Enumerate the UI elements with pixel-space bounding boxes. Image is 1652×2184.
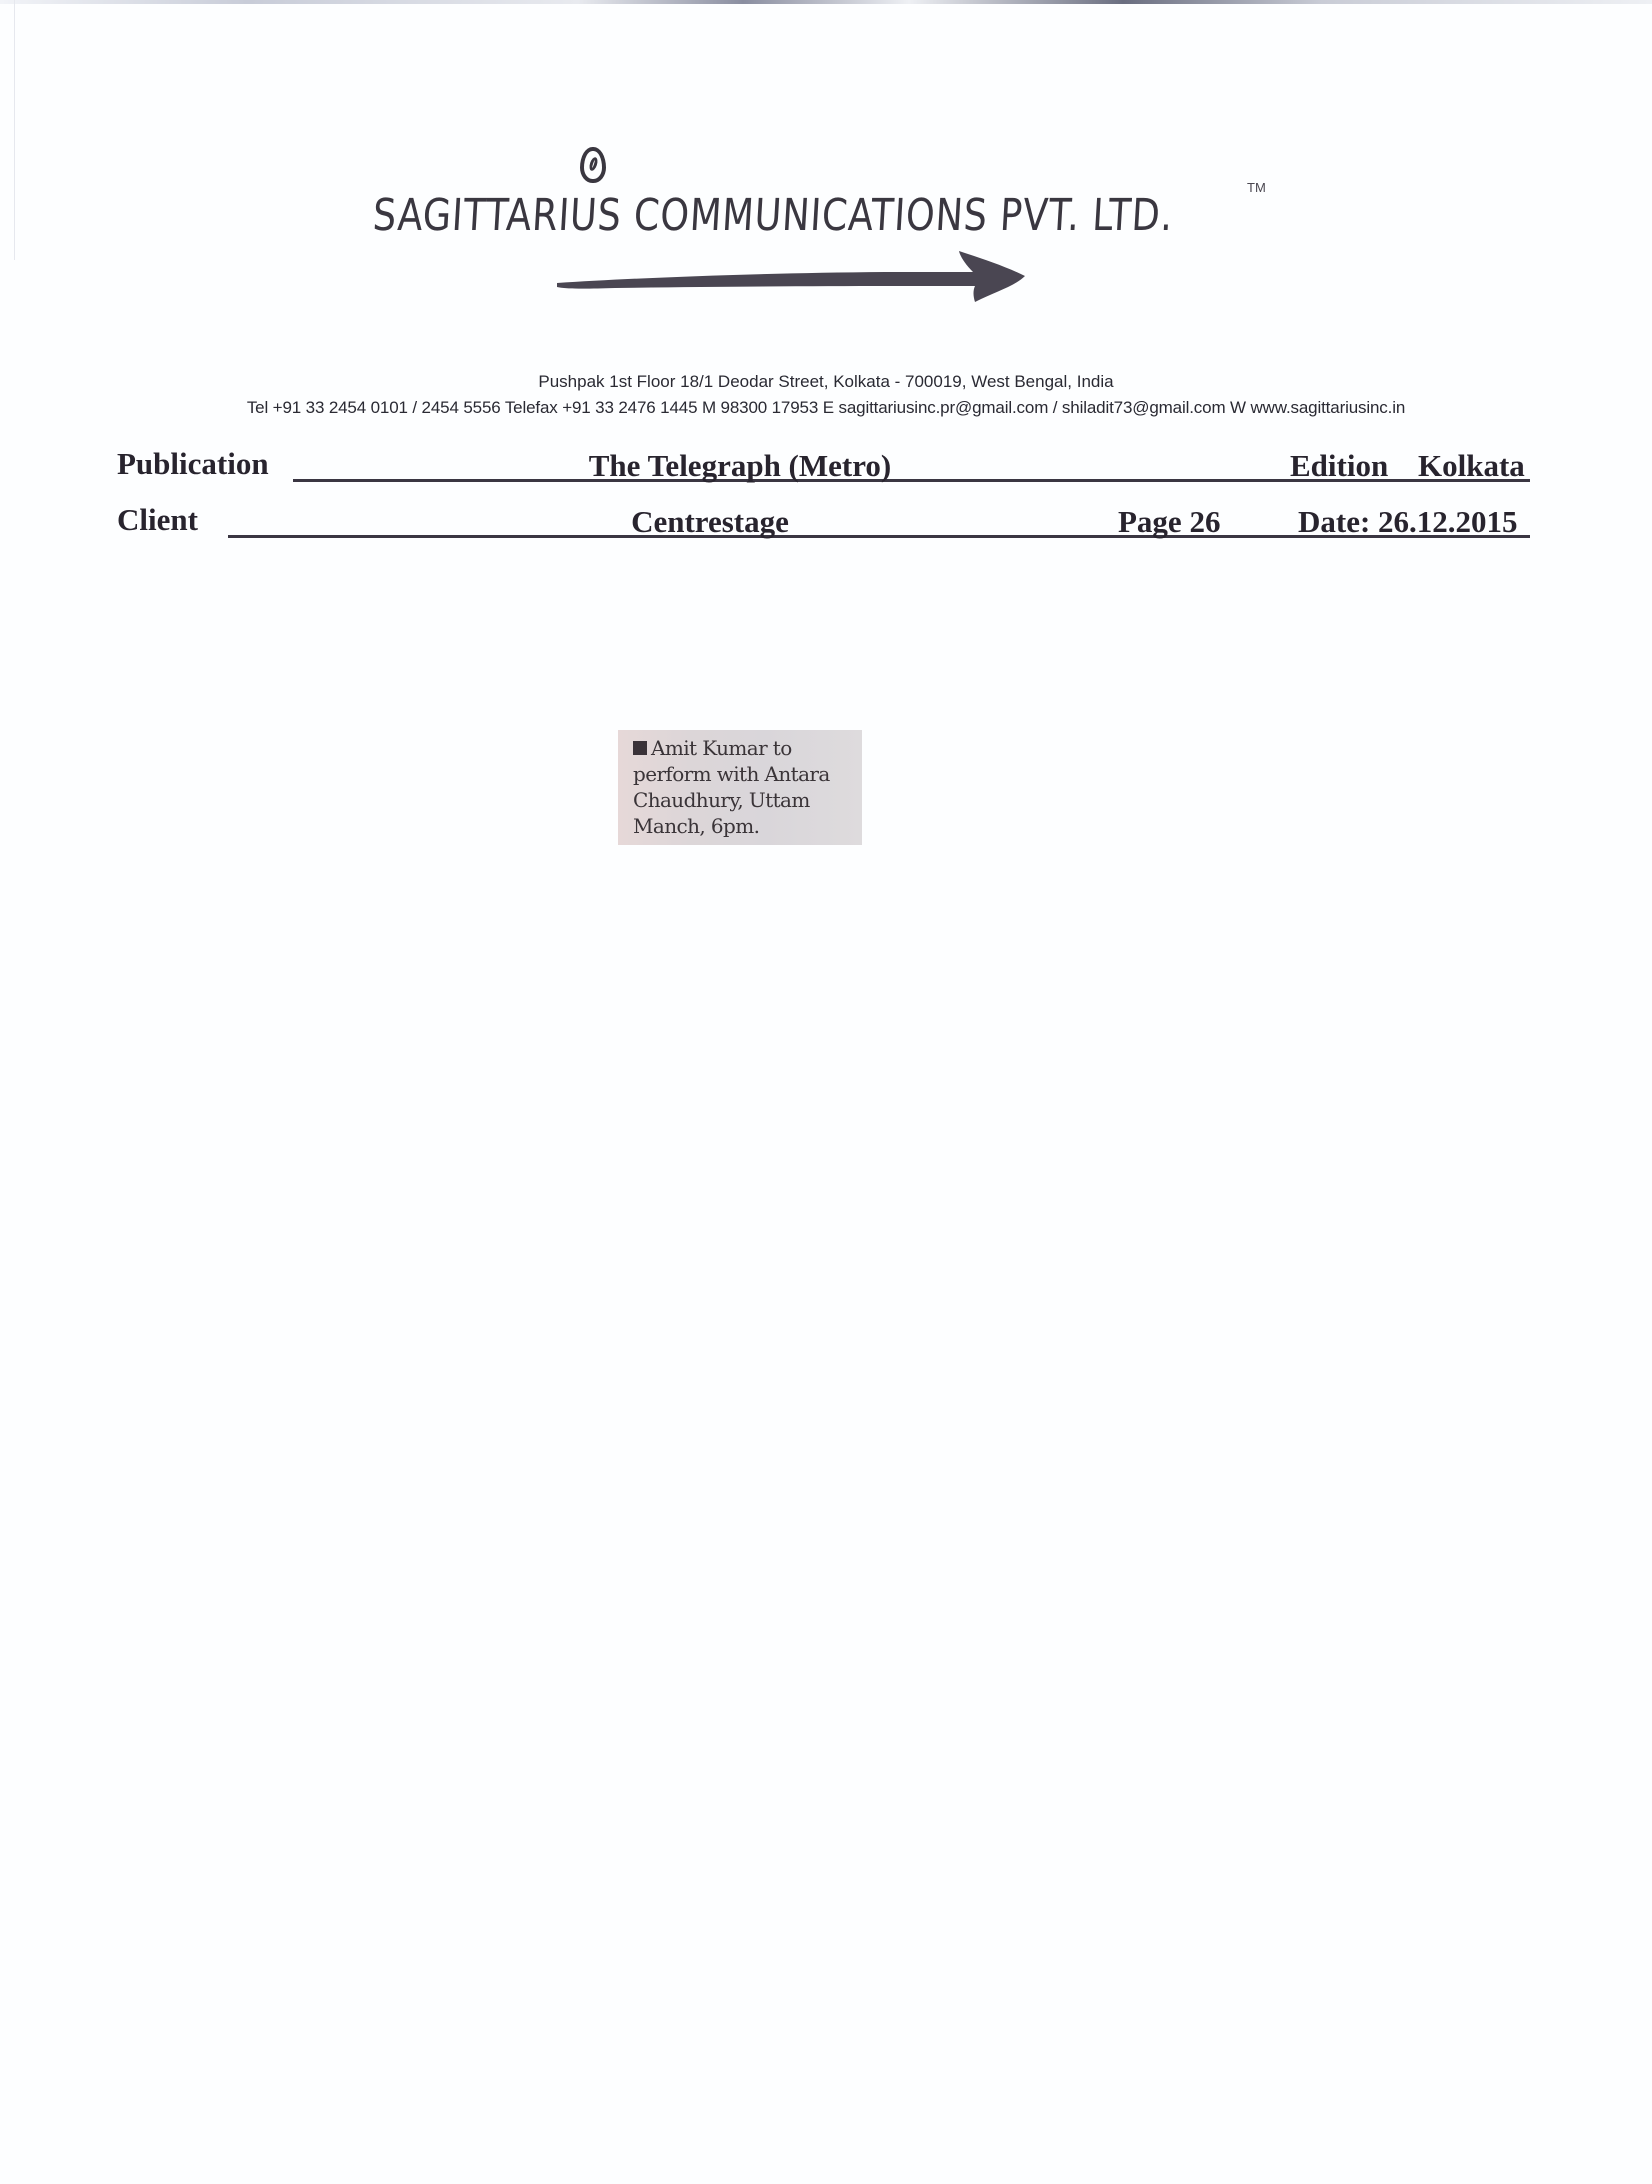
edition-value: Kolkata xyxy=(1418,448,1525,484)
page-number: Page 26 xyxy=(1118,504,1220,540)
logo-arrow-icon xyxy=(555,248,1030,304)
clipping-line: Chaudhury, Uttam xyxy=(633,787,856,813)
publication-value: The Telegraph (Metro) xyxy=(530,448,950,484)
square-bullet-icon xyxy=(633,741,647,755)
company-logo-text: SAGITTARIUS COMMUNICATIONS PVT. LTD. xyxy=(372,190,1105,241)
newspaper-clipping: Amit Kumar to perform with Antara Chaudh… xyxy=(618,730,862,845)
scan-edge-line xyxy=(14,0,15,260)
clipping-line: perform with Antara xyxy=(633,761,856,787)
client-value: Centrestage xyxy=(560,504,860,540)
trademark-symbol: TM xyxy=(1247,180,1266,195)
clipping-line: Manch, 6pm. xyxy=(633,813,856,839)
clipping-line: Amit Kumar to xyxy=(633,735,856,761)
scan-edge-strip xyxy=(0,0,1652,4)
address-line: Pushpak 1st Floor 18/1 Deodar Street, Ko… xyxy=(0,372,1652,392)
client-label: Client xyxy=(117,502,198,538)
contact-line: Tel +91 33 2454 0101 / 2454 5556 Telefax… xyxy=(0,398,1652,418)
publication-label: Publication xyxy=(117,446,269,482)
edition-label: Edition xyxy=(1290,448,1388,484)
date: Date: 26.12.2015 xyxy=(1298,504,1518,540)
logo-drop-icon xyxy=(580,147,606,183)
